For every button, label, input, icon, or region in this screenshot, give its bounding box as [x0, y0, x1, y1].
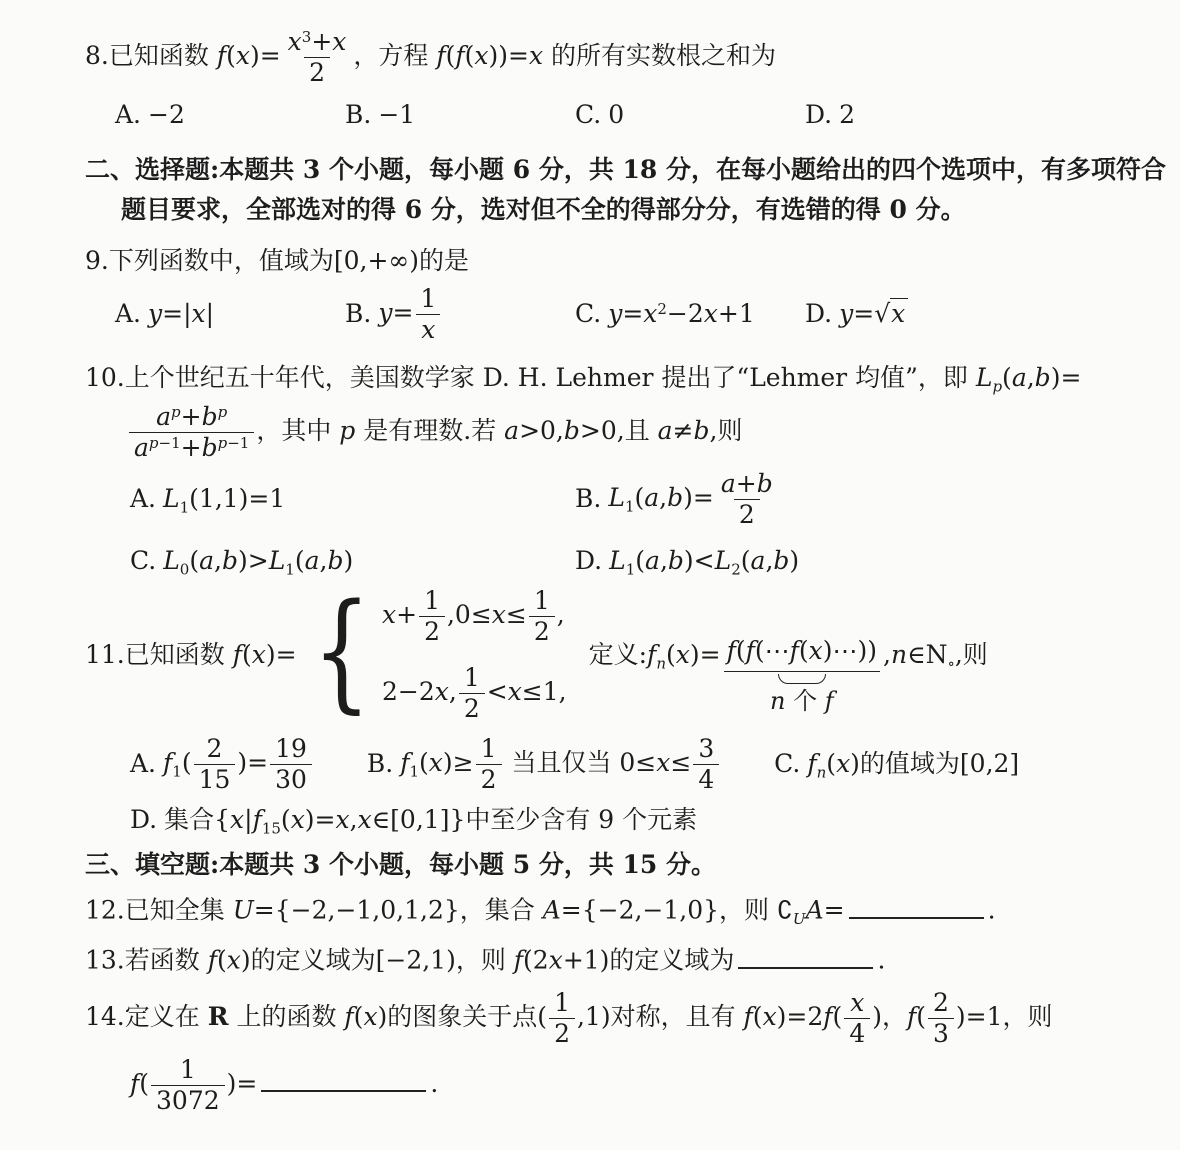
q8-stem: 8.已知函数 f(x)=x3+x2，方程 f(f(x))=x 的所有实数根之和为 — [85, 28, 1142, 87]
option-text: L0(a,b)>L1(a,b) — [163, 545, 353, 578]
q11-definition: 定义:fn(x)= — [589, 639, 721, 672]
option-text: y=x2−2x+1 — [608, 298, 755, 331]
option-label: B. — [367, 748, 393, 781]
option-text: 0 — [608, 99, 624, 132]
q8-option-b: B.−1 — [345, 99, 575, 132]
q11-option-d: D.集合{x|f15(x)=x,x∈[0,1]}中至少含有 9 个元素 — [130, 804, 697, 837]
option-label: A. — [115, 99, 141, 132]
piecewise-brace-icon: { — [312, 598, 371, 707]
exam-page: { "page": { "background": "#fbfbfa", "in… — [0, 0, 1180, 1150]
q8-option-a: A.−2 — [115, 99, 345, 132]
q10-options-row2: C.L0(a,b)>L1(a,b) D.L1(a,b)<L2(a,b) — [130, 545, 1142, 578]
option-text: −2 — [148, 99, 185, 132]
option-text: y=1x — [378, 285, 443, 344]
section3-header: 三、填空题:本题共 3 个小题，每小题 5 分，共 15 分。 — [85, 849, 1142, 882]
q11-suffix: ,n∈N∘,则 — [883, 639, 988, 672]
q9-option-c: C.y=x2−2x+1 — [575, 298, 805, 331]
option-text: L1(a,b)<L2(a,b) — [609, 545, 799, 578]
q9-option-a: A.y=|x| — [115, 298, 345, 331]
option-label: A. — [115, 298, 141, 331]
q10-options-row1: A.L1(1,1)=1 B.L1(a,b)=a+b2 — [130, 470, 1142, 529]
q11-iterated-expression: f(f(⋯f(x)⋯)) — [724, 635, 880, 672]
q8-option-d: D.2 — [805, 99, 1035, 132]
q9-option-d: D.y=√x — [805, 298, 1035, 331]
option-label: C. — [575, 99, 601, 132]
option-label: D. — [575, 545, 602, 578]
q8-option-c: C.0 — [575, 99, 805, 132]
q14-stem-line1: 14.定义在 R 上的函数 f(x)的图象关于点(12,1)对称，且有 f(x)… — [85, 989, 1142, 1048]
q10-option-b: B.L1(a,b)=a+b2 — [575, 470, 1020, 529]
q13-stem: 13.若函数 f(x)的定义域为[−2,1)，则 f(2x+1)的定义域为. — [85, 941, 1142, 977]
option-label: D. — [130, 804, 157, 837]
option-label: A. — [130, 483, 156, 516]
q10-stem-line2: ap+bpap−1+bp−1，其中 p 是有理数.若 a>0,b>0,且 a≠b… — [127, 403, 1142, 462]
option-label: C. — [130, 545, 156, 578]
q10-option-c: C.L0(a,b)>L1(a,b) — [130, 545, 575, 578]
option-text: y=|x| — [148, 298, 214, 331]
q12-stem: 12.已知全集 U={−2,−1,0,1,2}，集合 A={−2,−1,0}，则… — [85, 891, 1142, 927]
q11-piecewise-cases: x+12,0≤x≤12, 2−2x,12<x≤1, — [382, 587, 567, 723]
option-text: fn(x)的值域为[0,2] — [807, 748, 1019, 781]
q11-option-a: A.f1(215)=1930 — [130, 735, 314, 794]
option-label: D. — [805, 99, 832, 132]
q11-underbrace-group: f(f(⋯f(x)⋯)) n 个 f — [724, 635, 880, 717]
option-text: 集合{x|f15(x)=x,x∈[0,1]}中至少含有 9 个元素 — [164, 804, 697, 837]
option-text: L1(a,b)=a+b2 — [608, 470, 779, 529]
section2-header-line2: 题目要求，全部选对的得 6 分，选对但不全的得部分分，有选错的得 0 分。 — [121, 194, 1142, 227]
q14-stem-line2: f(13072)=. — [130, 1056, 1142, 1115]
q11-underbrace-label: n 个 f — [770, 686, 834, 717]
option-label: A. — [130, 748, 156, 781]
option-text: f1(215)=1930 — [163, 735, 314, 794]
q10-option-a: A.L1(1,1)=1 — [130, 483, 575, 516]
option-label: B. — [575, 483, 601, 516]
q11-prefix: 11.已知函数 f(x)= — [85, 639, 297, 672]
option-label: C. — [575, 298, 601, 331]
q11-stem: 11.已知函数 f(x)= { x+12,0≤x≤12, 2−2x,12<x≤1… — [85, 587, 1142, 723]
option-text: f1(x)≥12 当且仅当 0≤x≤34 — [400, 735, 721, 794]
option-text: 2 — [839, 99, 855, 132]
q10-stem-line1: 10.上个世纪五十年代，美国数学家 D. H. Lehmer 提出了“Lehme… — [85, 362, 1142, 395]
option-label: D. — [805, 298, 832, 331]
option-text: y=√x — [839, 298, 908, 331]
q9-options-row: A.y=|x| B.y=1x C.y=x2−2x+1 D.y=√x — [115, 285, 1142, 344]
section2-header-line1: 二、选择题:本题共 3 个小题，每小题 6 分，共 18 分，在每小题给出的四个… — [85, 154, 1142, 187]
option-label: B. — [345, 99, 371, 132]
q10-option-d: D.L1(a,b)<L2(a,b) — [575, 545, 1020, 578]
option-text: L1(1,1)=1 — [163, 483, 285, 516]
q11-case-1: x+12,0≤x≤12, — [382, 587, 567, 646]
option-text: −1 — [378, 99, 415, 132]
q11-case-2: 2−2x,12<x≤1, — [382, 664, 567, 723]
option-label: C. — [774, 748, 800, 781]
q11-option-c: C.fn(x)的值域为[0,2] — [774, 748, 1019, 781]
q9-stem: 9.下列函数中，值域为[0,+∞)的是 — [85, 245, 1142, 278]
q8-options-row: A.−2 B.−1 C.0 D.2 — [115, 99, 1142, 132]
option-label: B. — [345, 298, 371, 331]
underbrace-icon — [778, 674, 826, 684]
q11-option-b: B.f1(x)≥12 当且仅当 0≤x≤34 — [367, 735, 721, 794]
q9-option-b: B.y=1x — [345, 285, 575, 344]
